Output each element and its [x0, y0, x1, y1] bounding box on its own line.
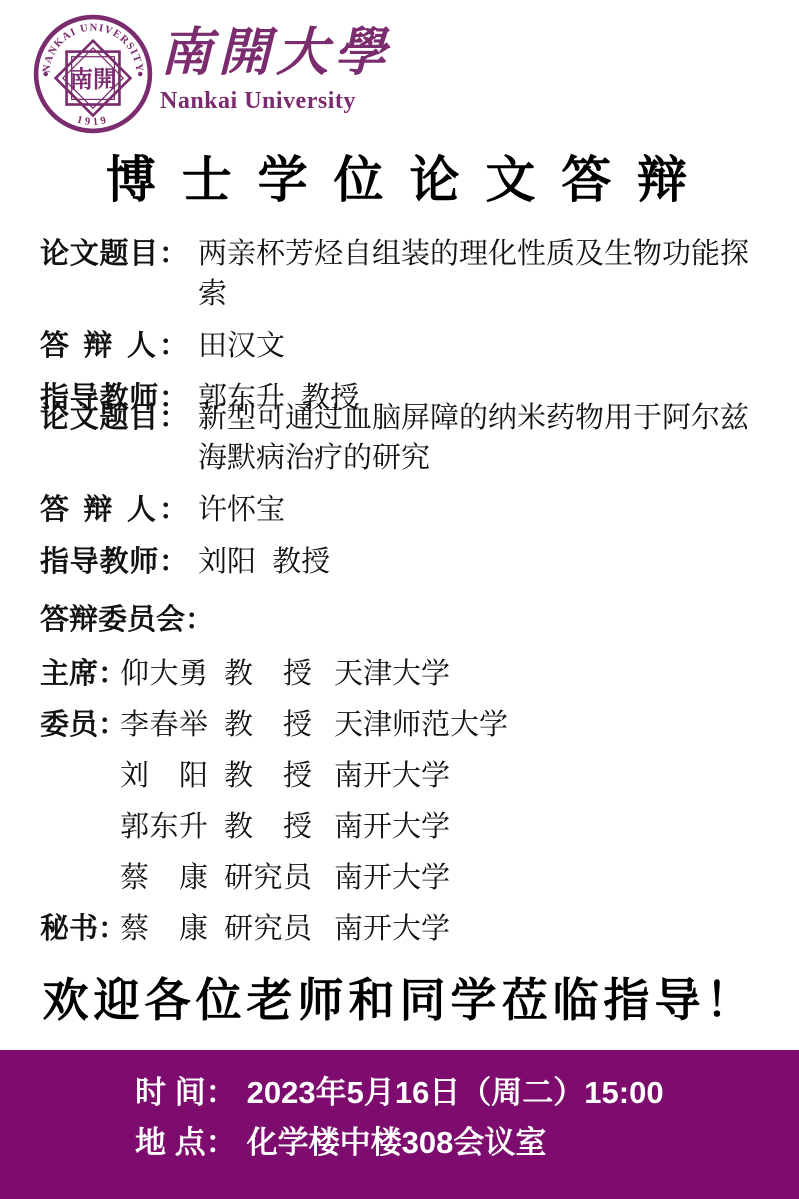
member-position: 教授 [224, 758, 312, 794]
member-role: 委员： [40, 707, 120, 743]
committee-row: 蔡康 研究员 南开大学 [40, 860, 765, 896]
member-affiliation: 天津大学 [334, 656, 765, 692]
thesis-title-row: 论文题目： 两亲杯芳烃自组装的理化性质及生物功能探索 [40, 234, 765, 314]
committee-row: 秘书： 蔡康 研究员 南开大学 [40, 911, 765, 947]
candidate-label: 答 辩 人： [40, 326, 188, 366]
welcome-message: 欢迎各位老师和同学莅临指导！ [0, 960, 799, 1044]
place-value: 化学楼中楼308会议室 [247, 1124, 547, 1162]
candidate-row: 答 辩 人： 田汉文 [40, 326, 765, 366]
member-name: 蔡康 [120, 860, 208, 896]
candidate-name: 田汉文 [188, 326, 765, 366]
member-affiliation: 南开大学 [334, 758, 765, 794]
nankai-seal-icon: NANKAI UNIVERSITY 1919 南開 [32, 13, 154, 135]
member-role: 秘书： [40, 911, 120, 947]
member-position: 教授 [224, 707, 312, 743]
place-label: 地 点： [135, 1124, 237, 1162]
candidate-row: 答 辩 人： 许怀宝 [40, 490, 765, 530]
member-affiliation: 南开大学 [334, 809, 765, 845]
member-position: 教授 [224, 809, 312, 845]
thesis-title-label: 论文题目： [40, 234, 188, 274]
member-affiliation: 南开大学 [334, 911, 765, 947]
poster-title: 博 士 学 位 论 文 答 辩 [0, 140, 799, 212]
time-row: 时 间： 2023年5月16日（周二）15:00 [135, 1074, 799, 1112]
member-affiliation: 天津师范大学 [334, 707, 765, 743]
footer-banner: 时 间： 2023年5月16日（周二）15:00 地 点： 化学楼中楼308会议… [0, 1050, 799, 1199]
supervisor-row: 指导教师： 刘阳 教授 [40, 542, 765, 582]
time-value: 2023年5月16日（周二）15:00 [247, 1074, 664, 1112]
university-name-english: Nankai University [160, 88, 420, 114]
committee-row: 刘阳 教授 南开大学 [40, 758, 765, 794]
member-position: 教授 [224, 656, 312, 692]
place-row: 地 点： 化学楼中楼308会议室 [135, 1124, 799, 1162]
thesis-title-value: 两亲杯芳烃自组装的理化性质及生物功能探索 [188, 234, 765, 314]
member-affiliation: 南开大学 [334, 860, 765, 896]
defense-section-2: 论文题目： 新型可通过血脑屏障的纳米药物用于阿尔兹海默病治疗的研究 答 辩 人：… [40, 398, 765, 594]
defense-poster: NANKAI UNIVERSITY 1919 南開 南開大學 Nankai Un… [0, 0, 799, 1199]
candidate-label: 答 辩 人： [40, 490, 188, 530]
committee-row: 郭东升 教授 南开大学 [40, 809, 765, 845]
committee-heading: 答辩委员会： [40, 600, 765, 640]
thesis-title-value: 新型可通过血脑屏障的纳米药物用于阿尔兹海默病治疗的研究 [188, 398, 765, 478]
candidate-name: 许怀宝 [188, 490, 765, 530]
member-name: 蔡康 [120, 911, 208, 947]
university-name-calligraphy: 南開大學 [160, 18, 420, 88]
member-name: 仰大勇 [120, 656, 208, 692]
committee-row: 主席： 仰大勇 教授 天津大学 [40, 656, 765, 692]
thesis-title-label: 论文题目： [40, 398, 188, 438]
member-position: 研究员 [224, 911, 312, 947]
member-position: 研究员 [224, 860, 312, 896]
thesis-title-row: 论文题目： 新型可通过血脑屏障的纳米药物用于阿尔兹海默病治疗的研究 [40, 398, 765, 478]
member-name: 李春举 [120, 707, 208, 743]
committee-section: 答辩委员会： 主席： 仰大勇 教授 天津大学 委员： 李春举 教授 天津师范大学… [40, 600, 765, 962]
time-label: 时 间： [135, 1074, 237, 1112]
member-name: 刘阳 [120, 758, 208, 794]
member-role: 主席： [40, 656, 120, 692]
seal-center-characters: 南開 [70, 65, 117, 92]
seal-dot-right [138, 72, 142, 76]
seal-dot-left [43, 72, 47, 76]
supervisor-label: 指导教师： [40, 542, 188, 582]
member-name: 郭东升 [120, 809, 208, 845]
committee-row: 委员： 李春举 教授 天津师范大学 [40, 707, 765, 743]
supervisor-name: 刘阳 教授 [188, 542, 765, 582]
brand-block: 南開大學 Nankai University [160, 18, 420, 114]
